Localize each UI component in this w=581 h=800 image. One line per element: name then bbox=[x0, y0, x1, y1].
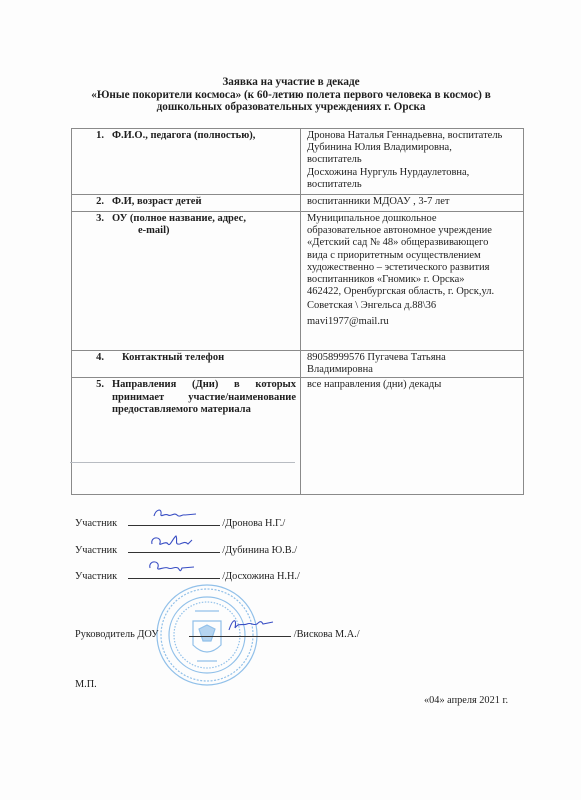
title-line-2: «Юные покорители космоса» (к 60-летию по… bbox=[60, 89, 522, 102]
row-label: 3.ОУ (полное название, адрес, e-mail) bbox=[72, 212, 301, 351]
value-line: образовательное автономное учреждение bbox=[307, 225, 519, 237]
table-row: 3.ОУ (полное название, адрес, e-mail) Му… bbox=[72, 212, 524, 351]
signature-name: /Досхожина Н.Н./ bbox=[222, 571, 300, 582]
handwritten-signature-icon bbox=[128, 505, 220, 523]
signature-role: Участник bbox=[75, 571, 117, 582]
value-line: 89058999576 Пугачева Татьяна bbox=[307, 352, 519, 364]
signature-role: Участник bbox=[75, 518, 117, 529]
handwritten-signature-icon bbox=[189, 616, 291, 634]
row-number: 1. bbox=[84, 130, 104, 142]
signature-row-dubinina: Участник /Дубинина Ю.В./ bbox=[75, 542, 297, 556]
seal-placeholder-label: М.П. bbox=[75, 679, 97, 690]
row-label-text: ОУ (полное название, адрес, bbox=[112, 213, 246, 224]
row-number: 4. bbox=[84, 352, 104, 364]
value-line: воспитатель bbox=[307, 179, 519, 191]
row-number: 2. bbox=[84, 196, 104, 208]
signature-row-dronova: Участник /Дронова Н.Г./ bbox=[75, 515, 285, 529]
title-line-1: Заявка на участие в декаде bbox=[60, 76, 522, 89]
email-value: mavi1977@mail.ru bbox=[307, 316, 519, 328]
document-date: «04» апреля 2021 г. bbox=[424, 695, 508, 706]
handwritten-signature-icon bbox=[128, 558, 220, 576]
table-row: 2.Ф.И, возраст детей воспитанники МДОАУ … bbox=[72, 195, 524, 212]
row-label-text: Контактный телефон bbox=[122, 352, 224, 363]
row-label: 4.Контактный телефон bbox=[72, 351, 301, 378]
value-line: 462422, Оренбургская область, г. Орск,ул… bbox=[307, 286, 519, 298]
value-line: Дубинина Юлия Владимировна, bbox=[307, 142, 519, 154]
value-line: Муниципальное дошкольное bbox=[307, 213, 519, 225]
row-label-continuation: e-mail) bbox=[78, 225, 296, 237]
value-line: воспитатель bbox=[307, 154, 519, 166]
row-label-text: Ф.И, возраст детей bbox=[112, 196, 202, 207]
row-number: 3. bbox=[84, 213, 104, 225]
handwritten-signature-icon bbox=[128, 532, 220, 550]
title-line-3: дошкольных образовательных учреждениях г… bbox=[60, 101, 522, 114]
scan-artifact-line bbox=[70, 462, 295, 463]
value-line: воспитанников «Гномик» г. Орска» bbox=[307, 274, 519, 286]
signature-role: Руководитель ДОУ bbox=[75, 629, 159, 640]
table-row: 4.Контактный телефон 89058999576 Пугачев… bbox=[72, 351, 524, 378]
row-label-text: Направления (Дни) в которых принимает уч… bbox=[112, 379, 296, 416]
value-line: художественно – эстетического развития bbox=[307, 262, 519, 274]
table-row: 5. Направления (Дни) в которых принимает… bbox=[72, 378, 524, 495]
value-line: все направления (дни) декады bbox=[307, 379, 519, 391]
signature-row-head: Руководитель ДОУ /Вискова М.А./ bbox=[75, 626, 360, 640]
row-number: 5. bbox=[84, 379, 104, 416]
table-row: 1.Ф.И.О., педагога (полностью), Дронова … bbox=[72, 129, 524, 195]
value-line: Владимировна bbox=[307, 364, 519, 376]
row-value: все направления (дни) декады bbox=[301, 378, 524, 495]
row-label: 5. Направления (Дни) в которых принимает… bbox=[72, 378, 301, 495]
row-label-text: Ф.И.О., педагога (полностью), bbox=[112, 130, 255, 141]
value-line: Досхожина Нургуль Нурдаулетовна, bbox=[307, 167, 519, 179]
signature-name: /Дронова Н.Г./ bbox=[222, 518, 285, 529]
signature-role: Участник bbox=[75, 545, 117, 556]
value-line: вида с приоритетным осуществлением bbox=[307, 250, 519, 262]
signature-line bbox=[128, 568, 220, 579]
value-line: воспитанники МДОАУ , 3-7 лет bbox=[307, 196, 519, 208]
row-value: 89058999576 Пугачева Татьяна Владимировн… bbox=[301, 351, 524, 378]
document-title: Заявка на участие в декаде «Юные покорит… bbox=[60, 76, 522, 114]
value-line: Дронова Наталья Геннадьевна, воспитатель bbox=[307, 130, 519, 142]
signature-line bbox=[128, 542, 220, 553]
row-value: Дронова Наталья Геннадьевна, воспитатель… bbox=[301, 129, 524, 195]
application-table: 1.Ф.И.О., педагога (полностью), Дронова … bbox=[71, 128, 524, 495]
row-label: 1.Ф.И.О., педагога (полностью), bbox=[72, 129, 301, 195]
row-value: Муниципальное дошкольное образовательное… bbox=[301, 212, 524, 351]
signature-name: /Дубинина Ю.В./ bbox=[222, 545, 297, 556]
signature-name: /Вискова М.А./ bbox=[294, 629, 360, 640]
row-value: воспитанники МДОАУ , 3-7 лет bbox=[301, 195, 524, 212]
value-line: «Детский сад № 48» общеразвивающего bbox=[307, 237, 519, 249]
signature-line bbox=[189, 626, 291, 637]
signature-row-doskhozhina: Участник /Досхожина Н.Н./ bbox=[75, 568, 300, 582]
row-label: 2.Ф.И, возраст детей bbox=[72, 195, 301, 212]
value-line: Советская \ Энгельса д.88\36 bbox=[307, 300, 519, 312]
signature-line bbox=[128, 515, 220, 526]
